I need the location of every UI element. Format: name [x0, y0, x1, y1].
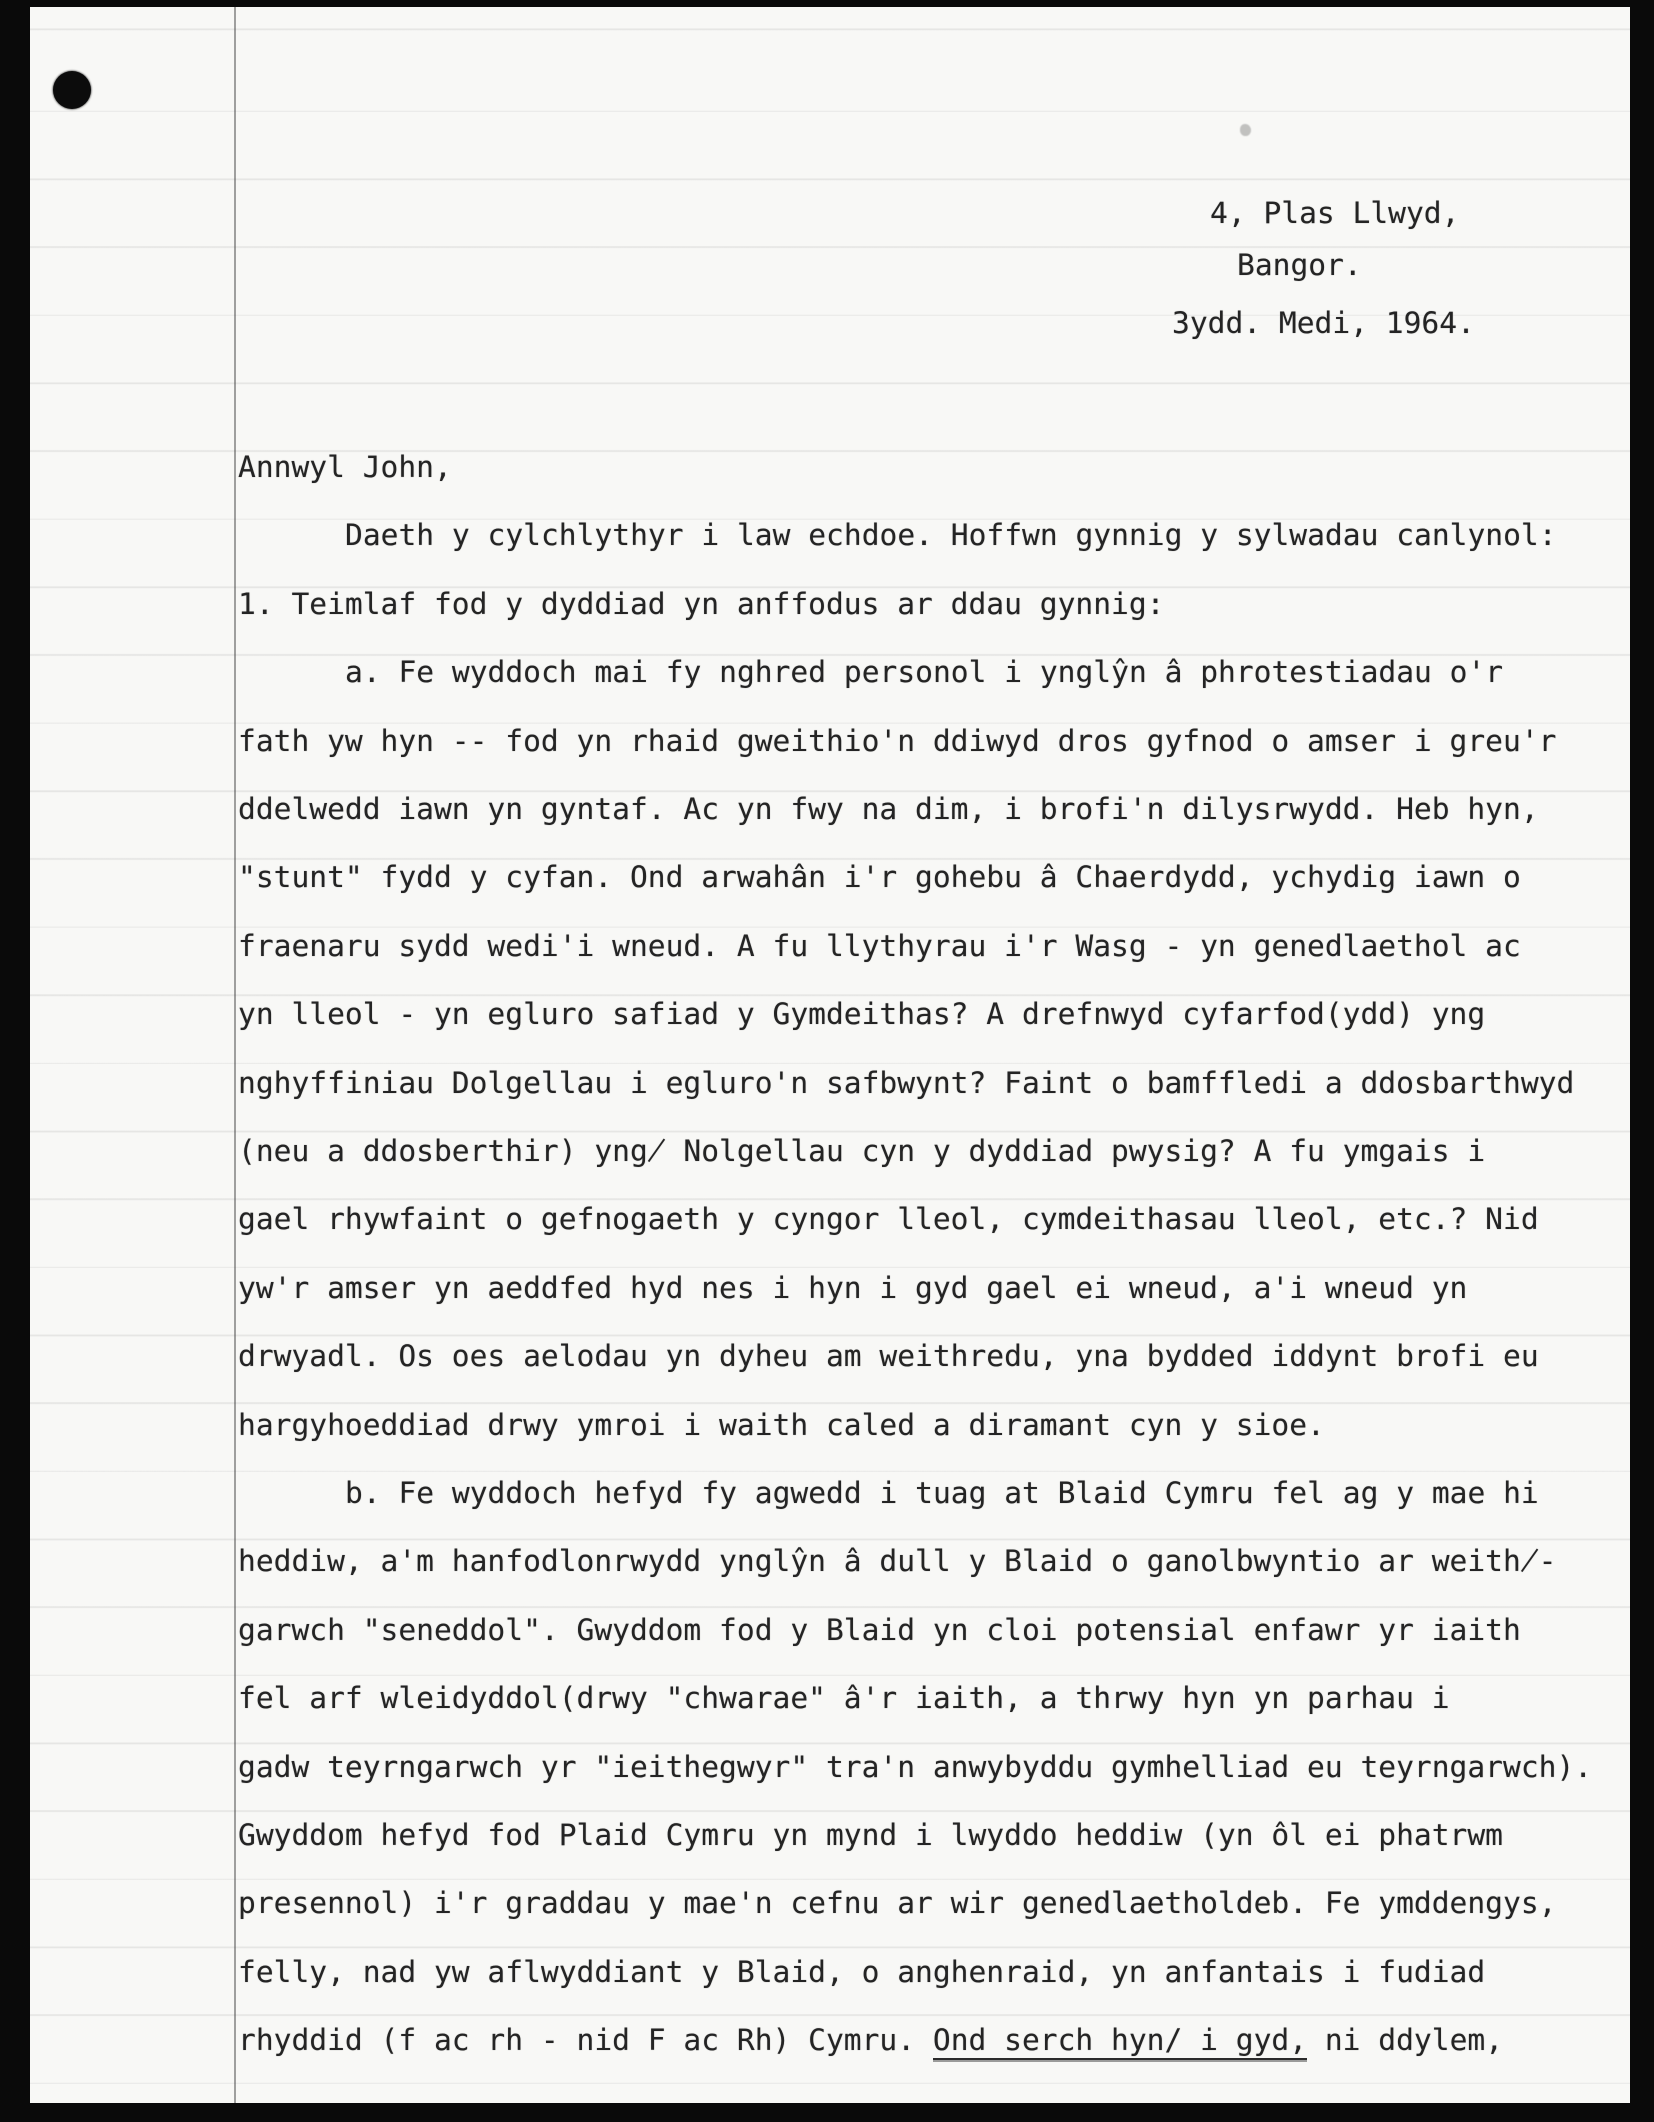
letter-line: gael rhywfaint o gefnogaeth y cyngor lle…: [238, 1202, 1539, 1236]
date-line: 3ydd. Medi, 1964.: [1172, 306, 1475, 340]
margin-rule-line: [234, 6, 236, 2104]
letter-line: fel arf wleidyddol(drwy "chwarae" â'r ia…: [238, 1681, 1450, 1715]
letter-line: hargyhoeddiad drwy ymroi i waith caled a…: [238, 1408, 1325, 1442]
line-text: ni ddylem,: [1307, 2023, 1503, 2057]
letter-line: ddelwedd iawn yn gyntaf. Ac yn fwy na di…: [238, 792, 1539, 826]
scan-border-bottom: [0, 2103, 1654, 2122]
letter-line: b. Fe wyddoch hefyd fy agwedd i tuag at …: [345, 1476, 1539, 1510]
scan-smudge: [1240, 124, 1251, 136]
letter-line: a. Fe wyddoch mai fy nghred personol i y…: [345, 655, 1503, 689]
letter-line: drwyadl. Os oes aelodau yn dyheu am weit…: [238, 1339, 1539, 1373]
letter-line: fath yw hyn -- fod yn rhaid gweithio'n d…: [238, 724, 1556, 758]
salutation: Annwyl John,: [238, 450, 452, 484]
scan-border-left: [0, 0, 30, 2122]
scan-border-top: [0, 0, 1654, 7]
letter-line: yn lleol - yn egluro safiad y Gymdeithas…: [238, 997, 1485, 1031]
letter-line: Daeth y cylchlythyr i law echdoe. Hoffwn…: [345, 518, 1557, 552]
letter-line: felly, nad yw aflwyddiant y Blaid, o ang…: [238, 1955, 1485, 1989]
scanned-letter-page: 4, Plas Llwyd, Bangor. 3ydd. Medi, 1964.…: [0, 0, 1654, 2122]
underlined-phrase: Ond serch hyn/ i gyd,: [933, 2023, 1307, 2060]
letter-line: rhyddid (f ac rh - nid F ac Rh) Cymru. O…: [238, 2023, 1503, 2060]
letter-line: nghyffiniau Dolgellau i egluro'n safbwyn…: [238, 1066, 1574, 1100]
letter-line: 1. Teimlaf fod y dyddiad yn anffodus ar …: [238, 587, 1164, 621]
letter-line: Gwyddom hefyd fod Plaid Cymru yn mynd i …: [238, 1818, 1503, 1852]
letter-line: (neu a ddosberthir) yng̸ Nolgellau cyn y…: [238, 1134, 1485, 1168]
address-line-2: Bangor.: [1237, 248, 1362, 282]
letter-line: heddiw, a'm hanfodlonrwydd ynglŷn â dull…: [238, 1544, 1556, 1578]
letter-line: fraenaru sydd wedi'i wneud. A fu llythyr…: [238, 929, 1521, 963]
letter-line: "stunt" fydd y cyfan. Ond arwahân i'r go…: [238, 860, 1521, 894]
letter-line: gadw teyrngarwch yr "ieithegwyr" tra'n a…: [238, 1750, 1592, 1784]
punch-hole-mark: [53, 71, 91, 109]
line-text: rhyddid (f ac rh - nid F ac Rh) Cymru.: [238, 2023, 933, 2057]
address-line-1: 4, Plas Llwyd,: [1210, 196, 1459, 230]
letter-line: presennol) i'r graddau y mae'n cefnu ar …: [238, 1886, 1556, 1920]
letter-line: yw'r amser yn aeddfed hyd nes i hyn i gy…: [238, 1271, 1467, 1305]
letter-line: garwch "seneddol". Gwyddom fod y Blaid y…: [238, 1613, 1521, 1647]
scan-border-right: [1630, 0, 1654, 2122]
